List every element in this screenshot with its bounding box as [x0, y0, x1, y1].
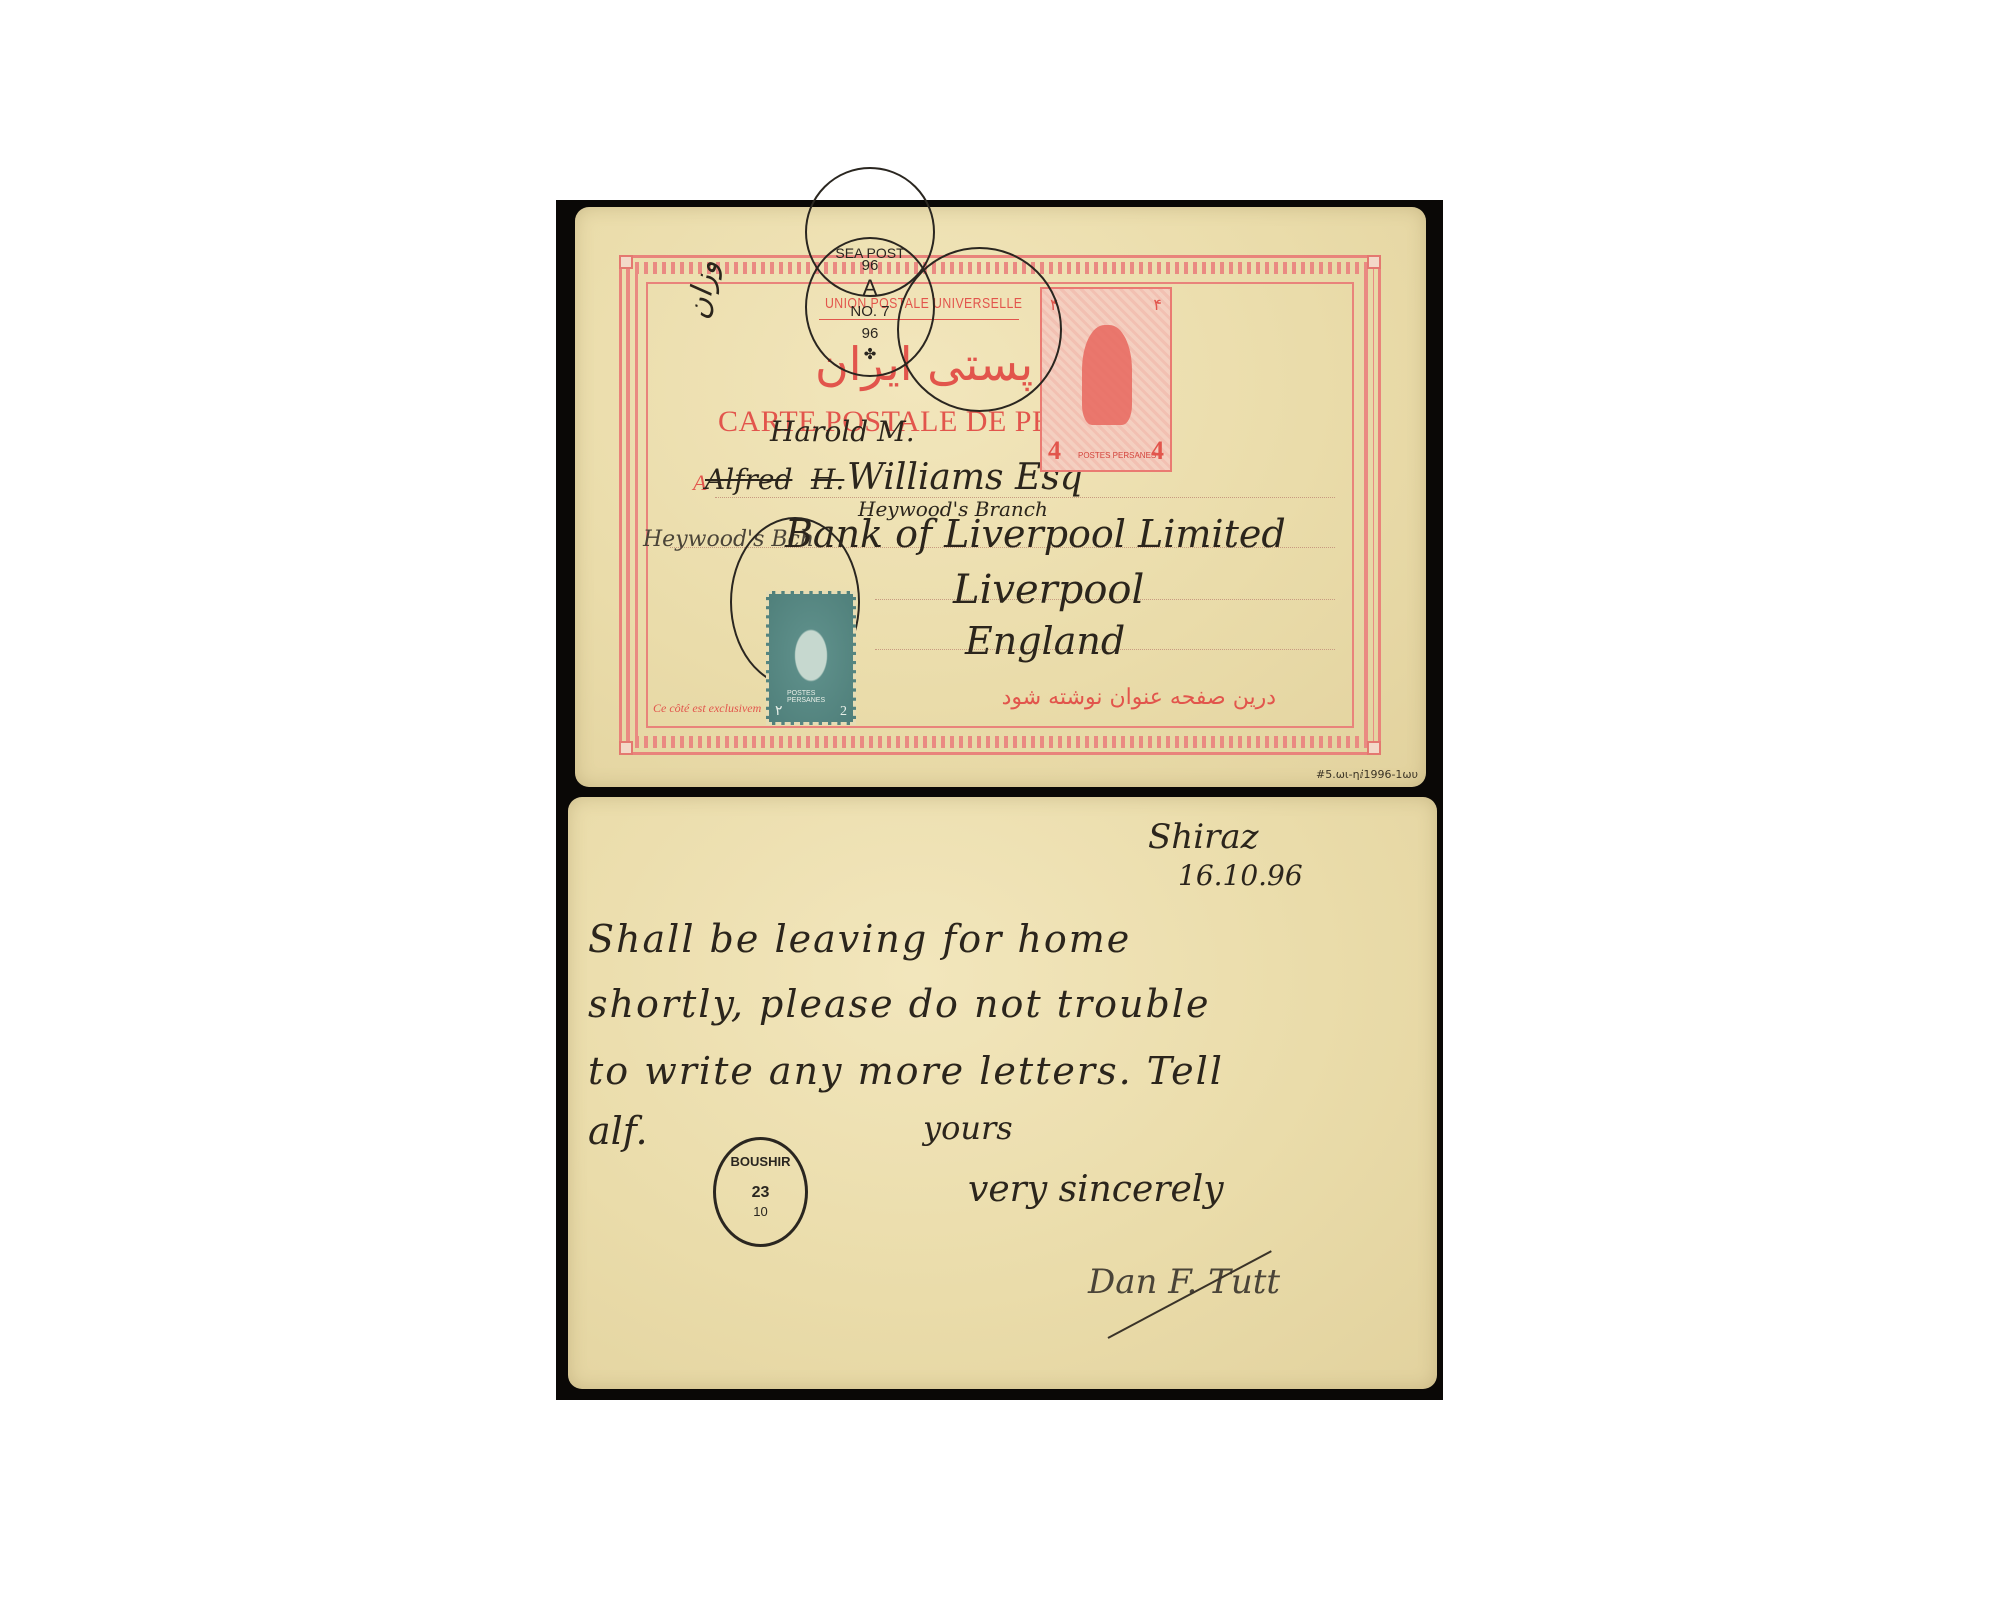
- shah-portrait-icon: [1082, 325, 1132, 425]
- corner-ornament: [1367, 741, 1381, 755]
- stamp-value-persian: ۴: [1153, 295, 1162, 315]
- message-line: Shall be leaving for home: [588, 917, 1131, 961]
- struck-word: Alfred: [705, 463, 792, 496]
- boushir-postmark: BOUSHIR 23 10: [713, 1137, 808, 1247]
- stamp-value: 4: [1048, 436, 1061, 466]
- stamp-value-persian: ۲: [775, 703, 783, 720]
- persian-footer: درین صفحه عنوان نوشته شود: [1002, 685, 1276, 710]
- french-footer: Ce côté est exclusivem: [653, 701, 761, 716]
- corner-ornament: [1367, 255, 1381, 269]
- closing: very sincerely: [968, 1169, 1224, 1210]
- bank-name: Bank of Liverpool Limited: [785, 512, 1286, 556]
- stamp-value: 2: [840, 704, 847, 720]
- stamp-value: 4: [1151, 436, 1164, 466]
- corner-ornament: [619, 741, 633, 755]
- message-line: shortly, please do not trouble: [588, 982, 1210, 1026]
- date: 16.10.96: [1178, 859, 1303, 892]
- message-line: alf.: [588, 1109, 648, 1153]
- serial-note: #5.ωι-ηⅈ1996-1ωυ: [1316, 768, 1418, 781]
- place: Shiraz: [1148, 817, 1259, 857]
- struck-word: H.: [811, 463, 844, 496]
- city: Liverpool: [953, 567, 1144, 613]
- adhesive-stamp: POSTES PERSANES ۲ 2: [766, 591, 856, 725]
- country: England: [965, 619, 1125, 663]
- closing: yours: [923, 1109, 1013, 1147]
- corner-ornament: [619, 255, 633, 269]
- postcard-front: UNION POSTALE UNIVERSELLE ورقهٔ پستی ایر…: [575, 207, 1426, 787]
- persian-postmark: [897, 247, 1062, 412]
- stamp-legend: POSTES PERSANES: [1078, 451, 1156, 460]
- stamp-legend: POSTES PERSANES: [787, 690, 853, 704]
- message-line: to write any more letters. Tell: [588, 1049, 1224, 1093]
- postcard-back: Shiraz 16.10.96 Shall be leaving for hom…: [568, 797, 1437, 1389]
- recipient-first-name: Harold M.: [770, 415, 915, 448]
